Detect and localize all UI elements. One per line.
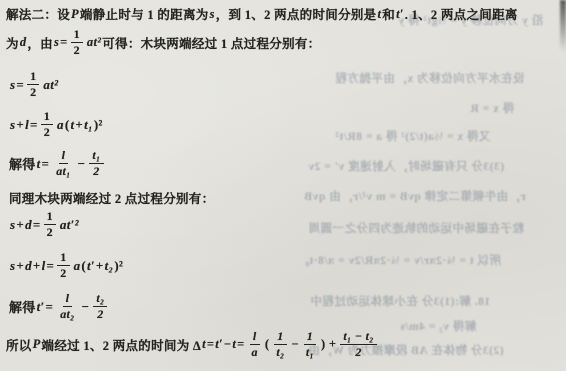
solve-t-prime: 解得 t′ = lat₂ − t₂2: [9, 292, 111, 321]
bleedthrough-line: 18. 解:(1)3分 在小球体运动过程中: [310, 293, 490, 309]
intro-line-2: 为 d，由 s = 12at² 可得：木块两端经过 1 点过程分别有：: [6, 28, 320, 57]
page-edge-shadow: [560, 0, 566, 52]
equation-s-plus-d: s + d = 12at′²: [9, 210, 80, 239]
bleedthrough-line: 又得 x = ½a(t/2)² 得 a = 8R/t²: [335, 128, 491, 144]
equation-s-plus-l: s + l = 12a(t + t₁)²: [9, 110, 103, 139]
similarly-line: 同理木块两端经过 2 点过程分别有：: [9, 189, 214, 207]
solve-t: 解得 t = lat₁ − t₁2: [9, 149, 108, 178]
bleedthrough-line: 粒子在磁场中运动的轨迹为四分之一圆周: [308, 220, 524, 236]
bleedthrough-line: r，由牛顿第二定律 qvB = m v²/r，由 qvB: [304, 188, 526, 204]
scanned-solution-page: 沿 y 方向位移 y = ½gt² 得 y 设在水平方向位移为 x，由平抛方程 …: [0, 0, 566, 371]
equation-s: s = 12at²: [9, 70, 59, 99]
intro-line-1: 解法二：设 P 端静止时与 1 的距离为 s，到 1、2 两点的时间分别是 t …: [6, 5, 518, 23]
bleedthrough-line: 得 x = R: [470, 100, 514, 116]
bleedthrough-line: (3)3分 只有磁场时，入射速度 v′ = 2v: [308, 158, 504, 174]
bleedthrough-line: 所以 t = ¼·2πr/v = ¼·2πR/2v = π/8·t₀: [305, 252, 501, 268]
bleedthrough-line: 解得 v₂ = 4m/s: [400, 318, 476, 334]
bleedthrough-line: 设在水平方向位移为 x，由平抛方程: [335, 70, 525, 86]
final-line: 所以 P 端经过 1、2 两点的时间为 Δt = t′ − t = la(1t₂…: [6, 330, 381, 359]
equation-s-plus-d-plus-l: s + d + l = 12a(t′ + t₂)²: [9, 251, 123, 280]
